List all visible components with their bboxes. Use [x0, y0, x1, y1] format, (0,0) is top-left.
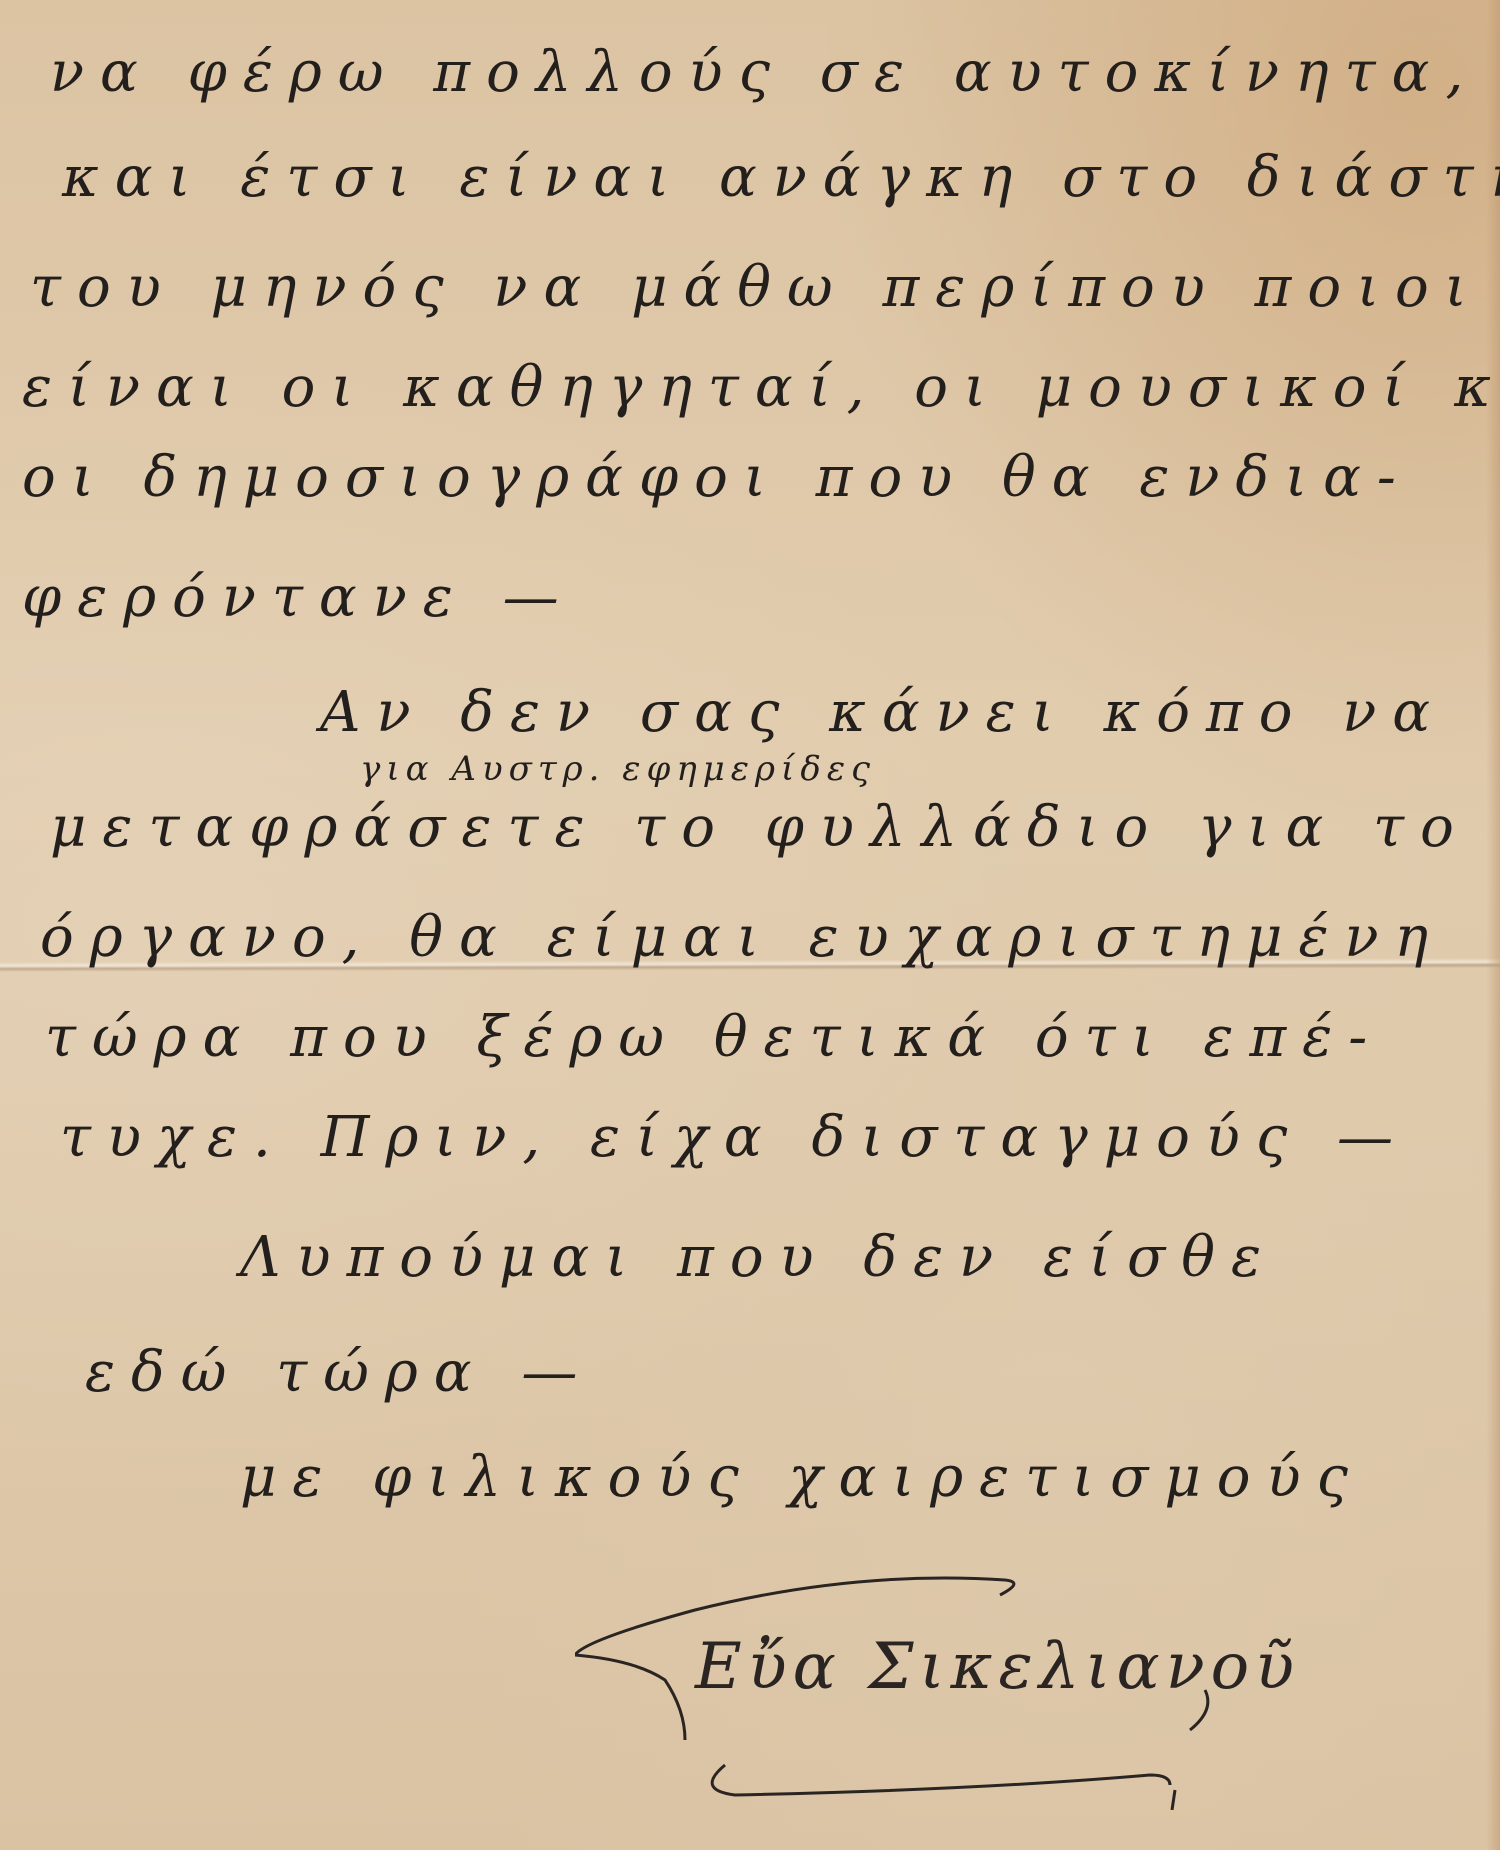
letter-line-8: μεταφράσετε το φυλλάδιο για το [50, 800, 1470, 856]
paper-edge-stain [1486, 0, 1500, 1850]
letter-line-7: Αν δεν σας κάνει κόπο να [320, 685, 1446, 741]
letter-insertion: για Αυστρ. εφημερίδες [360, 752, 876, 786]
signature-name: Εὔα Σικελιανοῦ [695, 1630, 1300, 1704]
letter-line-12: Λυπούμαι που δεν είσθε [240, 1230, 1277, 1286]
letter-line-10: τώρα που ξέρω θετικά ότι επέ- [45, 1010, 1383, 1066]
letter-line-4: είναι οι καθηγηταί, οι μουσικοί και [22, 360, 1500, 416]
letter-line-14: με φιλικούς χαιρετισμούς [240, 1450, 1364, 1506]
letter-line-13: εδώ τώρα — [85, 1345, 593, 1401]
letter-line-2: και έτσι είναι ανάγκη στο διάστημα [62, 150, 1500, 206]
signature: Εὔα Σικελιανοῦ [575, 1570, 1405, 1810]
letter-line-6: φερόντανε — [22, 570, 575, 626]
letter-line-3: του μηνός να μάθω περίπου ποιοι [30, 260, 1483, 316]
letter-line-11: τυχε. Πριν, είχα δισταγμούς — [60, 1110, 1409, 1166]
letter-page: να φέρω πολλούς σε αυτοκίνητα, και έτσι … [0, 0, 1500, 1850]
letter-line-9: όργανο, θα είμαι ευχαριστημένη [40, 910, 1444, 966]
letter-line-5: οι δημοσιογράφοι που θα ενδια- [22, 450, 1412, 506]
letter-line-1: να φέρω πολλούς σε αυτοκίνητα, [50, 45, 1479, 101]
